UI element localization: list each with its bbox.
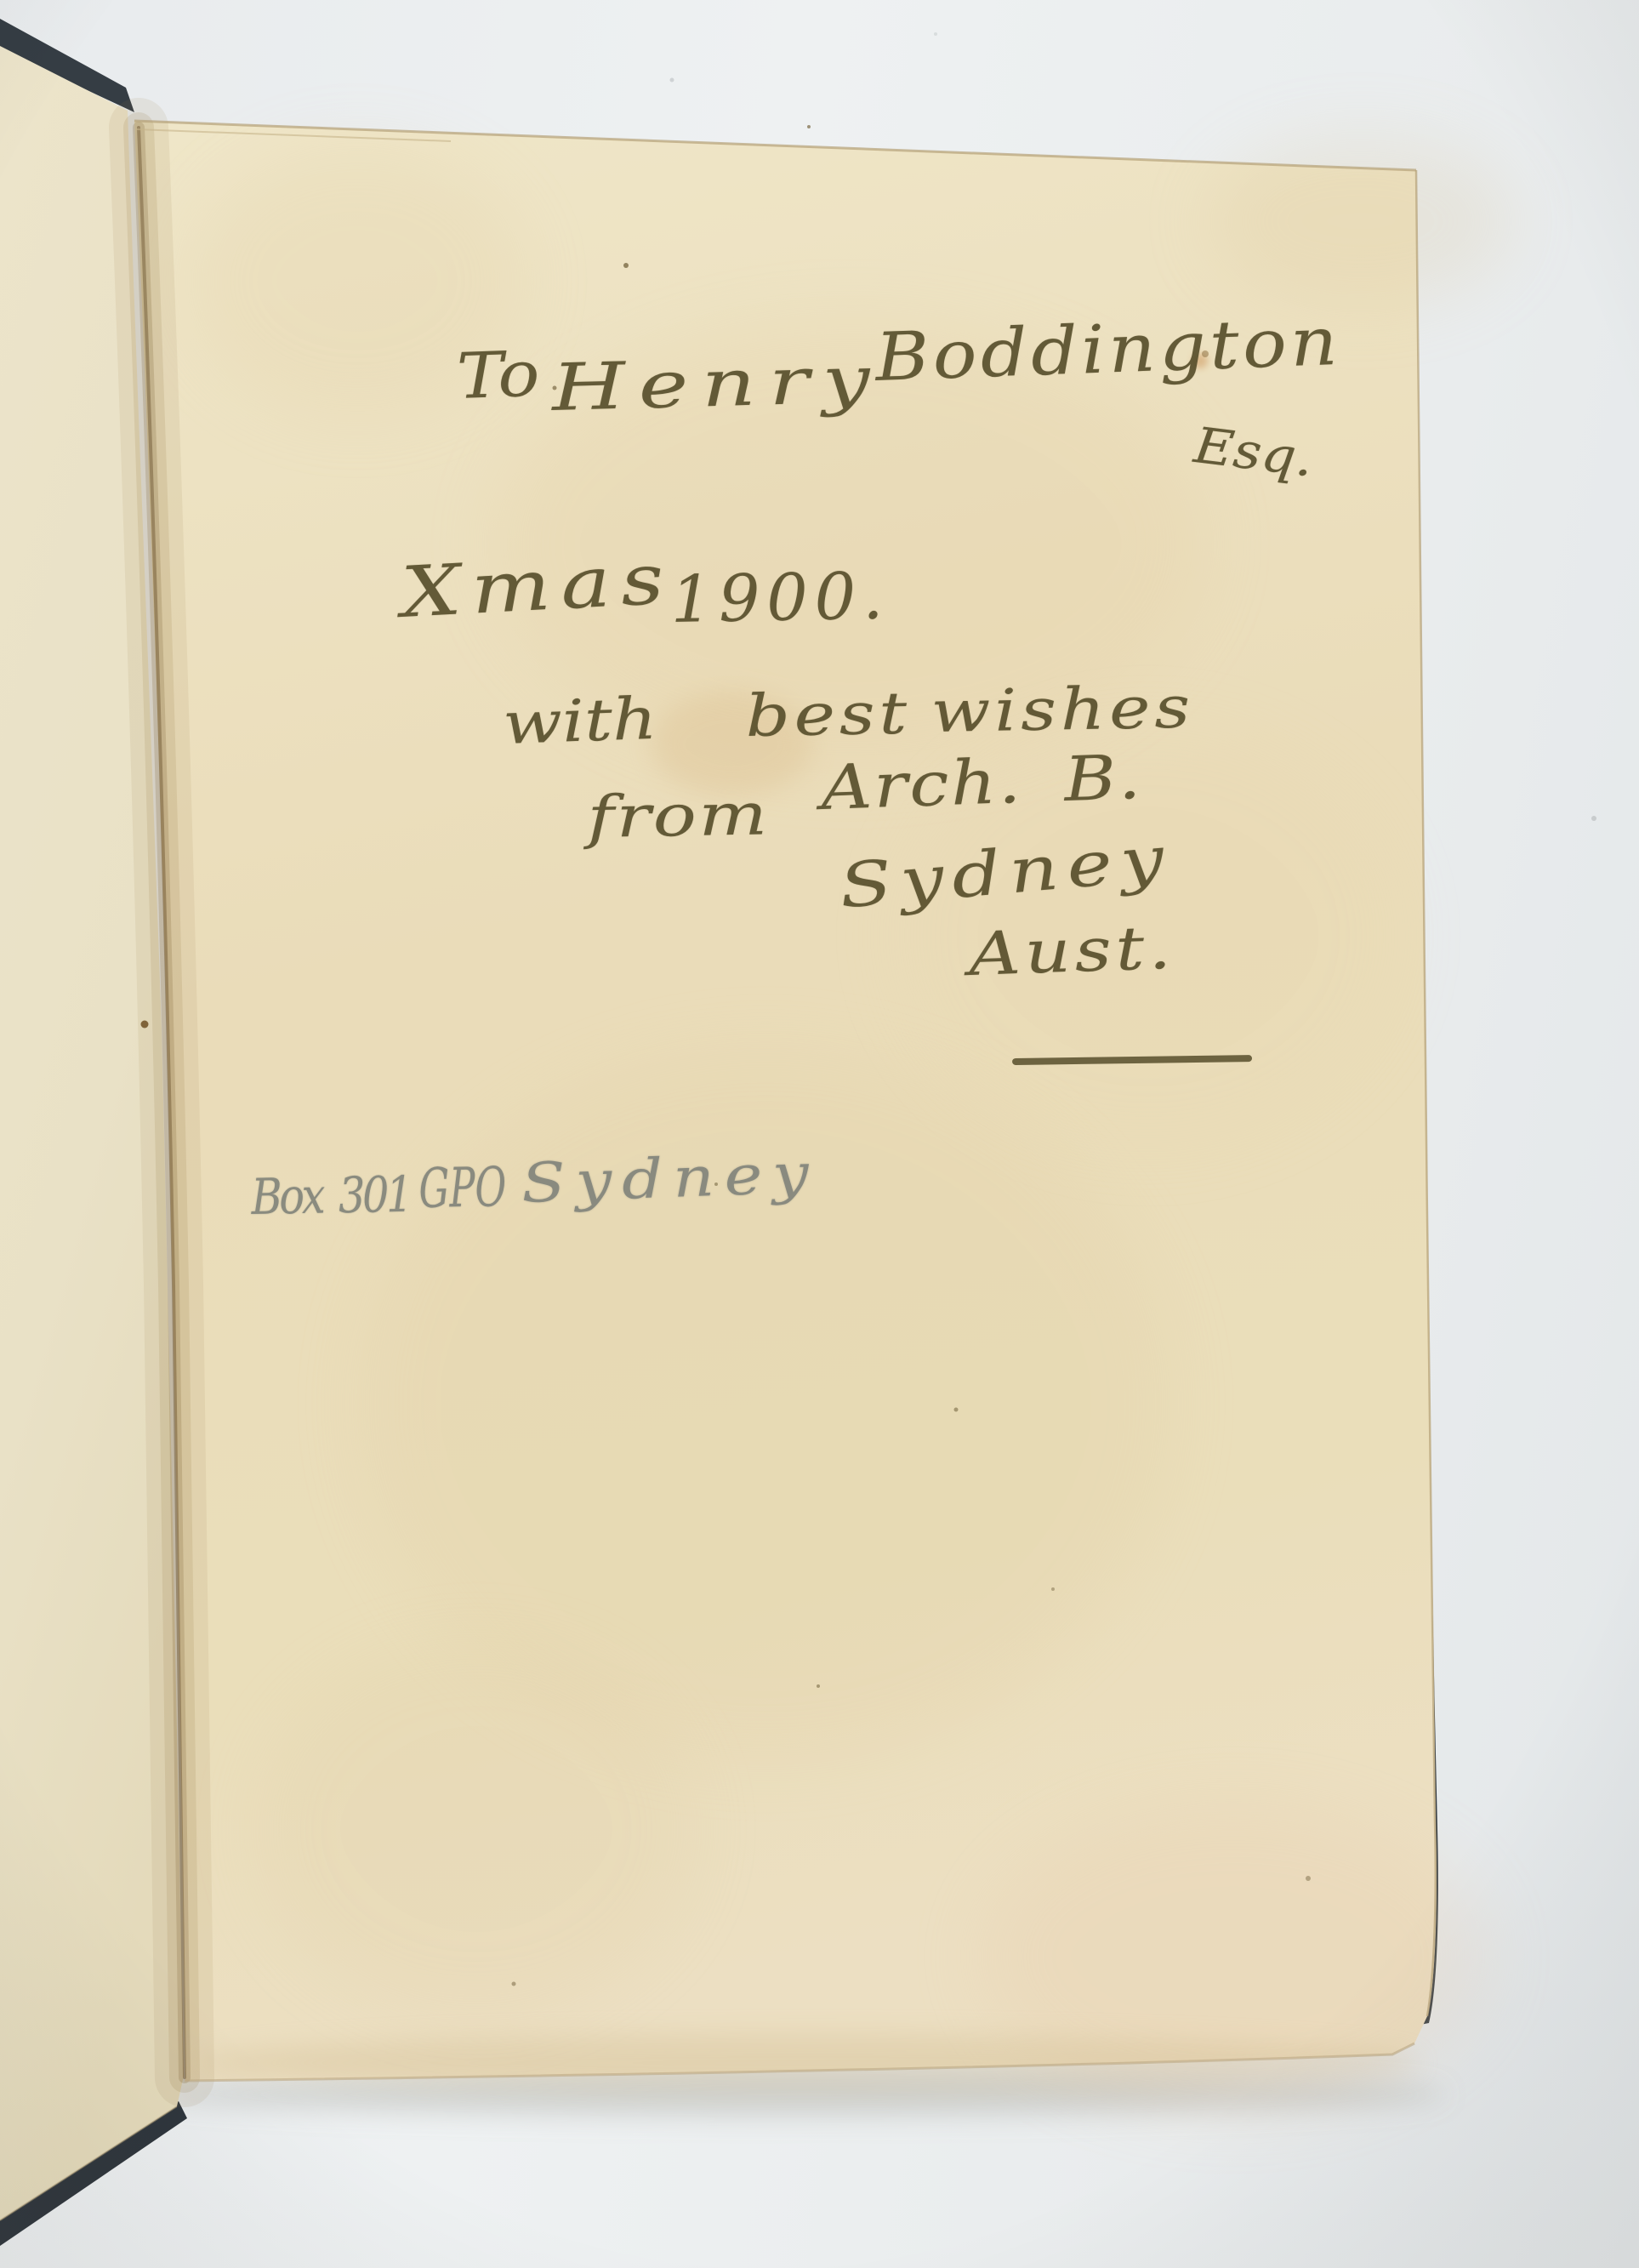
ink-underline <box>1012 1055 1252 1065</box>
inscription-word-to: To <box>456 343 541 408</box>
photo-open-book-flyleaf: To Henry Boddington Esq. Xmas 1900. with… <box>0 0 1639 2268</box>
inscription-word-aust: Aust. <box>968 918 1176 984</box>
inscription-word-henry: Henry <box>551 347 884 420</box>
inscription-word-boddington: Boddington <box>874 309 1342 391</box>
inscription-word-xmas: Xmas <box>400 544 675 629</box>
inscription-word-from: from <box>587 786 770 847</box>
pencil-word-sydney: Sydney <box>521 1147 820 1211</box>
inscription-word-with: with <box>502 691 658 754</box>
inscription-word-arch-b: Arch. B. <box>820 746 1143 818</box>
pencil-word-box-301: Box 301 <box>251 1170 410 1222</box>
inscription-word-1900: 1900. <box>670 564 891 632</box>
inscription-word-best: best <box>745 686 912 746</box>
handwritten-inscription: To Henry Boddington Esq. Xmas 1900. with… <box>0 0 1639 2268</box>
inscription-word-sydney: Sydney <box>837 827 1175 917</box>
inscription-word-wishes: wishes <box>930 680 1194 742</box>
pencil-word-gpo: GPO <box>418 1160 507 1217</box>
inscription-word-esq: Esq. <box>1192 420 1316 484</box>
